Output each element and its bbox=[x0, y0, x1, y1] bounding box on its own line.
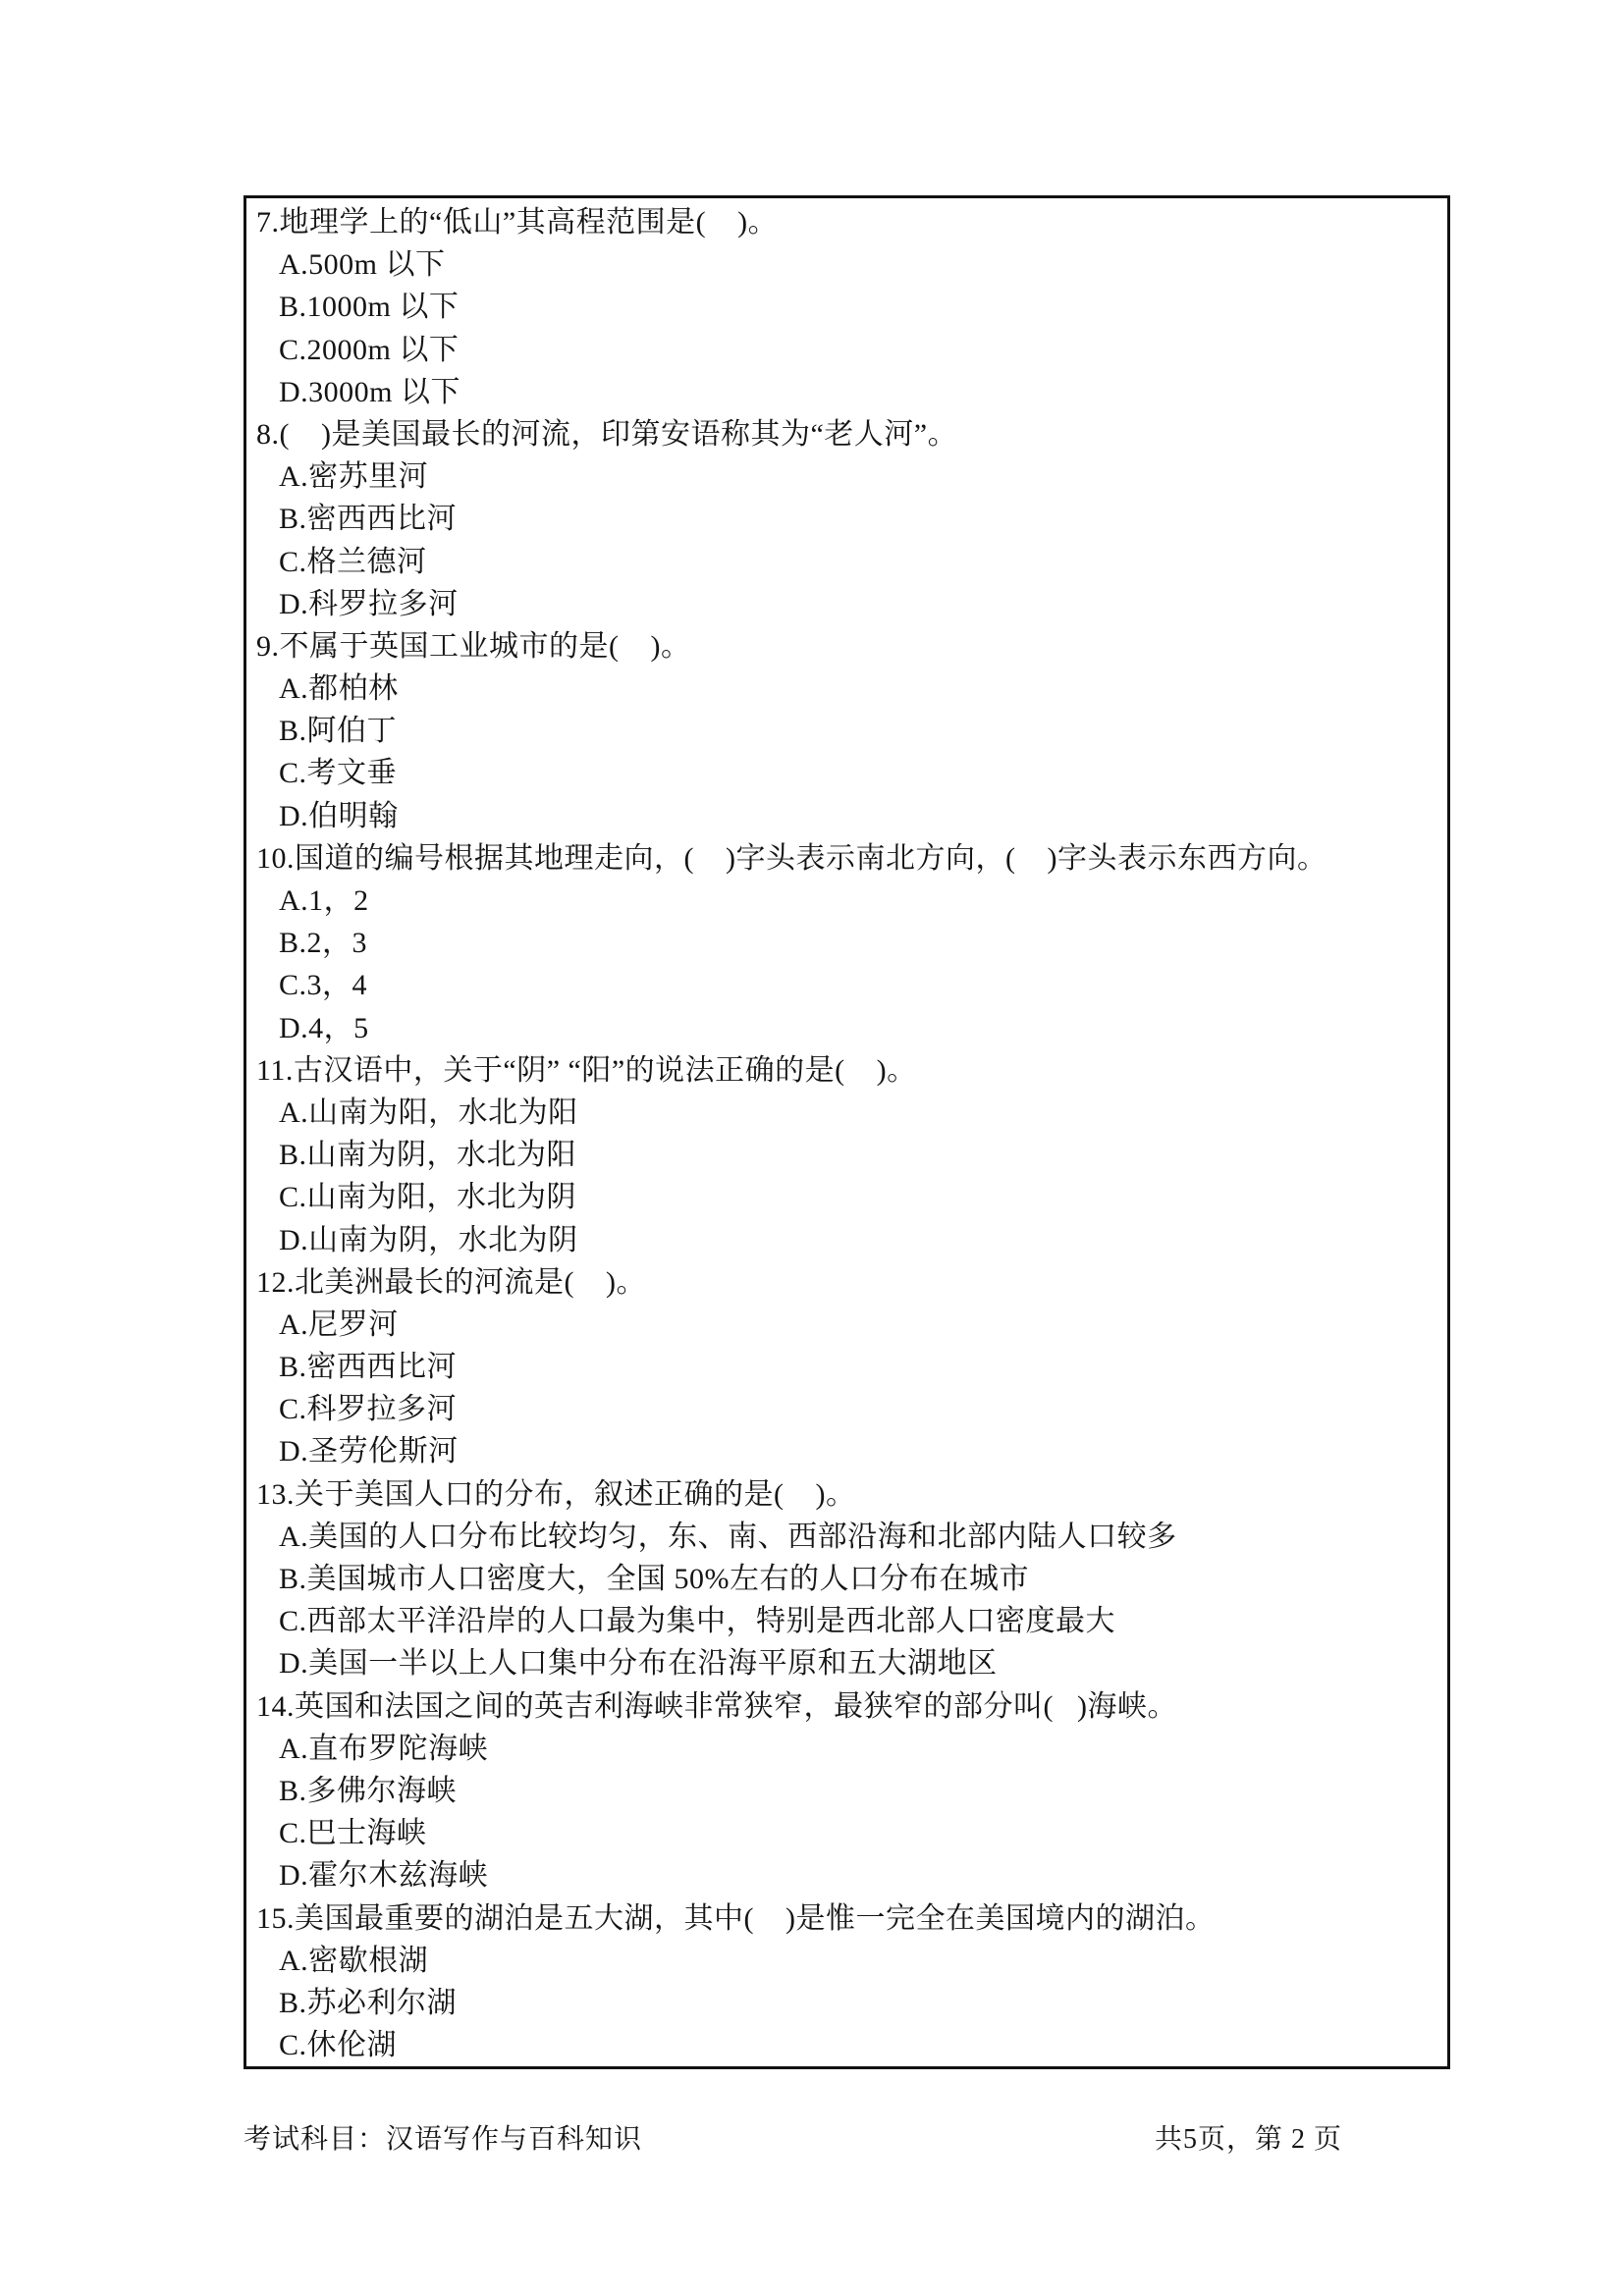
option-line: A.尼罗河 bbox=[246, 1304, 1447, 1346]
question-stem: 7.地理学上的“低山”其高程范围是( )。 bbox=[246, 201, 1447, 243]
question-stem: 14.英国和法国之间的英吉利海峡非常狭窄，最狭窄的部分叫( )海峡。 bbox=[246, 1685, 1447, 1728]
question-block: 13.关于美国人口的分布，叙述正确的是( )。A.美国的人口分布比较均匀，东、南… bbox=[246, 1473, 1447, 1685]
option-line: A.美国的人口分布比较均匀，东、南、西部沿海和北部内陆人口较多 bbox=[246, 1516, 1447, 1558]
question-stem: 10.国道的编号根据其地理走向，( )字头表示南北方向，( )字头表示东西方向。 bbox=[246, 837, 1447, 880]
option-line: B.1000m 以下 bbox=[246, 286, 1447, 328]
option-line: D.圣劳伦斯河 bbox=[246, 1430, 1447, 1472]
option-line: C.巴士海峡 bbox=[246, 1812, 1447, 1854]
question-block: 7.地理学上的“低山”其高程范围是( )。A.500m 以下B.1000m 以下… bbox=[246, 201, 1447, 413]
option-line: A.直布罗陀海峡 bbox=[246, 1728, 1447, 1770]
option-line: D.美国一半以上人口集中分布在沿海平原和五大湖地区 bbox=[246, 1642, 1447, 1684]
option-line: C.考文垂 bbox=[246, 752, 1447, 794]
option-line: A.密苏里河 bbox=[246, 455, 1447, 498]
option-line: D.霍尔木兹海峡 bbox=[246, 1854, 1447, 1896]
footer-page-number: 共5页，第 2 页 bbox=[1155, 2120, 1342, 2160]
option-line: B.2，3 bbox=[246, 922, 1447, 964]
option-line: A.500m 以下 bbox=[246, 243, 1447, 286]
option-line: D.3000m 以下 bbox=[246, 371, 1447, 413]
option-line: A.1，2 bbox=[246, 880, 1447, 922]
option-line: D.山南为阴，水北为阴 bbox=[246, 1219, 1447, 1261]
option-line: B.阿伯丁 bbox=[246, 710, 1447, 752]
option-line: D.科罗拉多河 bbox=[246, 583, 1447, 625]
question-block: 11.古汉语中，关于“阴” “阳”的说法正确的是( )。A.山南为阳，水北为阳B… bbox=[246, 1049, 1447, 1261]
question-stem: 12.北美洲最长的河流是( )。 bbox=[246, 1261, 1447, 1304]
option-line: C.3，4 bbox=[246, 964, 1447, 1006]
question-block: 10.国道的编号根据其地理走向，( )字头表示南北方向，( )字头表示东西方向。… bbox=[246, 837, 1447, 1049]
option-line: C.山南为阳，水北为阴 bbox=[246, 1176, 1447, 1218]
option-line: C.休伦湖 bbox=[246, 2024, 1447, 2066]
question-stem: 13.关于美国人口的分布，叙述正确的是( )。 bbox=[246, 1473, 1447, 1516]
option-line: C.科罗拉多河 bbox=[246, 1388, 1447, 1430]
question-box: 7.地理学上的“低山”其高程范围是( )。A.500m 以下B.1000m 以下… bbox=[244, 195, 1450, 2069]
option-line: B.密西西比河 bbox=[246, 1346, 1447, 1388]
option-line: B.山南为阴，水北为阳 bbox=[246, 1134, 1447, 1176]
question-stem: 8.( )是美国最长的河流，印第安语称其为“老人河”。 bbox=[246, 413, 1447, 455]
question-stem: 9.不属于英国工业城市的是( )。 bbox=[246, 625, 1447, 667]
footer-exam-subject: 考试科目：汉语写作与百科知识 bbox=[244, 2120, 642, 2160]
question-stem: 15.美国最重要的湖泊是五大湖，其中( )是惟一完全在美国境内的湖泊。 bbox=[246, 1897, 1447, 1940]
option-line: D.4，5 bbox=[246, 1007, 1447, 1049]
question-list: 7.地理学上的“低山”其高程范围是( )。A.500m 以下B.1000m 以下… bbox=[246, 201, 1447, 2066]
question-block: 9.不属于英国工业城市的是( )。A.都柏林B.阿伯丁C.考文垂D.伯明翰 bbox=[246, 625, 1447, 837]
option-line: A.密歇根湖 bbox=[246, 1940, 1447, 1982]
option-line: C.2000m 以下 bbox=[246, 329, 1447, 371]
question-block: 15.美国最重要的湖泊是五大湖，其中( )是惟一完全在美国境内的湖泊。A.密歇根… bbox=[246, 1897, 1447, 2067]
question-block: 8.( )是美国最长的河流，印第安语称其为“老人河”。A.密苏里河B.密西西比河… bbox=[246, 413, 1447, 625]
option-line: B.苏必利尔湖 bbox=[246, 1982, 1447, 2024]
option-line: B.密西西比河 bbox=[246, 498, 1447, 540]
option-line: B.多佛尔海峡 bbox=[246, 1770, 1447, 1812]
question-stem: 11.古汉语中，关于“阴” “阳”的说法正确的是( )。 bbox=[246, 1049, 1447, 1092]
question-block: 14.英国和法国之间的英吉利海峡非常狭窄，最狭窄的部分叫( )海峡。A.直布罗陀… bbox=[246, 1685, 1447, 1897]
option-line: C.格兰德河 bbox=[246, 541, 1447, 583]
option-line: B.美国城市人口密度大，全国 50%左右的人口分布在城市 bbox=[246, 1558, 1447, 1600]
question-block: 12.北美洲最长的河流是( )。A.尼罗河B.密西西比河C.科罗拉多河D.圣劳伦… bbox=[246, 1261, 1447, 1473]
option-line: A.都柏林 bbox=[246, 667, 1447, 710]
option-line: D.伯明翰 bbox=[246, 795, 1447, 837]
option-line: A.山南为阳，水北为阳 bbox=[246, 1092, 1447, 1134]
option-line: C.西部太平洋沿岸的人口最为集中，特别是西北部人口密度最大 bbox=[246, 1600, 1447, 1642]
